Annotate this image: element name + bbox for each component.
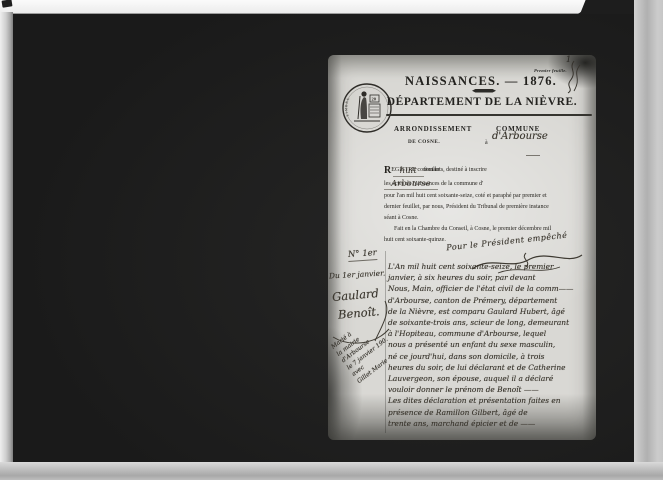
act-text-line: heures du soir, de lui déclarant et de C… <box>388 362 594 373</box>
drop-cap: R <box>384 165 391 176</box>
act-text-line: d'Arbourse, canton de Prémery, départeme… <box>388 295 594 306</box>
scan-backdrop-corner <box>580 0 636 14</box>
scanner-edge-top <box>0 0 596 14</box>
registre-line: les actes de Naissances de la commune d'… <box>384 179 590 191</box>
arrondissement-label: ARRONDISSEMENT <box>394 125 472 133</box>
scanner-edge-left <box>0 12 13 462</box>
act-text-line: trente ans, marchand épicier et de —— <box>388 418 594 429</box>
commune-handwritten-value: d'Arbourse <box>492 131 548 142</box>
header-rule <box>386 114 592 116</box>
act-text-line: janvier, à six heures du soir, par devan… <box>388 272 594 283</box>
scanner-edge-bottom <box>0 462 663 480</box>
department-title: DÉPARTEMENT DE LA NIÈVRE. <box>358 96 596 108</box>
registre-line: pour l'an mil huit cent soixante-seize, … <box>384 191 590 202</box>
arrondissement-value: DE COSNE. <box>408 139 440 145</box>
registre-line: REGISTRE contenant huit feuillets, desti… <box>384 164 590 179</box>
act-text-line: à l'Hopiteau, commune d'Arbourse, lequel <box>388 328 594 339</box>
registre-line: dernier feuillet, par nous, Président du… <box>384 202 590 213</box>
commune-prefix: à <box>485 140 488 146</box>
imperial-stamp-seal-icon: TIMBRE 20 <box>340 81 394 135</box>
commune-underline-dash <box>526 155 540 156</box>
act-text-line: présence de Ramillon Gilbert, âgé de <box>388 407 594 418</box>
act-text-line: de la Nièvre, est comparu Gaulard Hubert… <box>388 306 594 317</box>
act-text-line: vouloir donner le prénom de Benoît —— <box>388 384 594 395</box>
scanner-edge-right <box>634 0 663 462</box>
act-number: N° 1er <box>348 248 378 262</box>
microfilm-scan-view: 1 Premier feuille. NAISSANCES. — 1876. T… <box>0 0 663 480</box>
act-text-line: né ce jourd'hui, dans son domicile, à tr… <box>388 351 594 362</box>
act-text-line: nous a présenté un enfant du sexe mascul… <box>388 339 594 350</box>
register-page: 1 Premier feuille. NAISSANCES. — 1876. T… <box>328 55 596 440</box>
act-text-line: Les dites déclaration et présentation fa… <box>388 395 594 406</box>
act-text-line: Nous, Main, officier de l'état civil de … <box>388 283 594 294</box>
act-text-line: L'An mil huit cent soixante-seize, le pr… <box>388 261 594 272</box>
act-text-line: de soixante-trois ans, scieur de long, d… <box>388 317 594 328</box>
registre-line: séant à Cosne. <box>384 213 590 224</box>
swelled-rule-ornament <box>472 89 496 93</box>
act-text-line: Lauvergeon, son épouse, auquel il a décl… <box>388 373 594 384</box>
birth-act-text: L'An mil huit cent soixante-seize, le pr… <box>388 261 594 429</box>
act-date: Du 1er janvier. <box>329 269 386 281</box>
